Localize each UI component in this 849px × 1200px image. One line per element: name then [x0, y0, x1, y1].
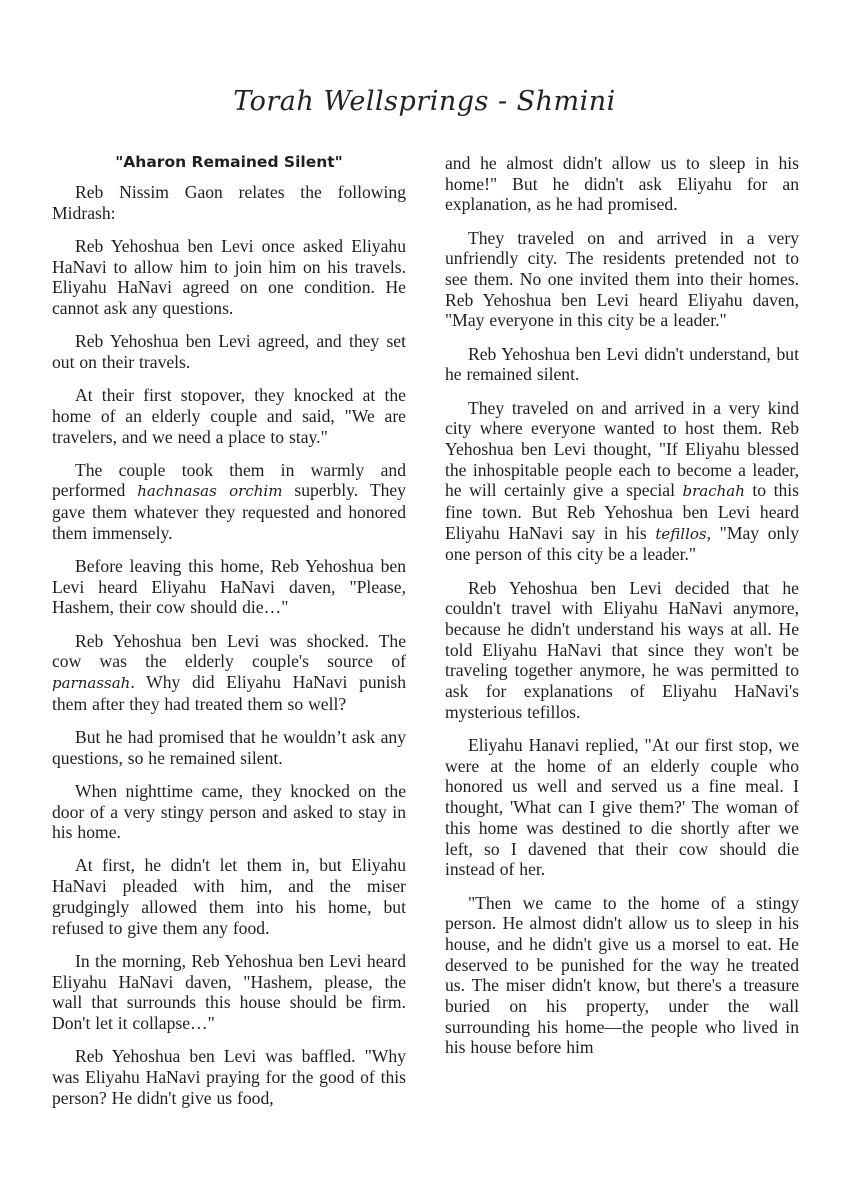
- paragraph: They traveled on and arrived in a very k…: [445, 398, 799, 566]
- paragraph: Reb Yehoshua ben Levi didn't understand,…: [445, 344, 799, 385]
- page-title: Torah Wellsprings - Shmini: [0, 86, 849, 117]
- paragraph: Eliyahu Hanavi replied, "At our first st…: [445, 735, 799, 880]
- paragraph: Before leaving this home, Reb Yehoshua b…: [52, 556, 406, 618]
- italic-term: parnassah: [52, 674, 130, 692]
- right-column: and he almost didn't allow us to sleep i…: [445, 153, 799, 1071]
- section-heading: "Aharon Remained Silent": [52, 152, 406, 172]
- paragraph: But he had promised that he wouldn’t ask…: [52, 727, 406, 768]
- paragraph: At first, he didn't let them in, but Eli…: [52, 855, 406, 938]
- paragraph-text: Reb Yehoshua ben Levi was shocked. The c…: [52, 631, 406, 672]
- paragraph: In the morning, Reb Yehoshua ben Levi he…: [52, 951, 406, 1034]
- paragraph: They traveled on and arrived in a very u…: [445, 228, 799, 332]
- paragraph: "Then we came to the home of a stingy pe…: [445, 893, 799, 1059]
- paragraph: Reb Yehoshua ben Levi was baffled. "Why …: [52, 1046, 406, 1108]
- paragraph: At their first stopover, they knocked at…: [52, 385, 406, 447]
- paragraph: Reb Yehoshua ben Levi was shocked. The c…: [52, 631, 406, 715]
- italic-term: hachnasas orchim: [137, 482, 282, 500]
- paragraph: When nighttime came, they knocked on the…: [52, 781, 406, 843]
- paragraph-continued: and he almost didn't allow us to sleep i…: [445, 153, 799, 215]
- paragraph: Reb Yehoshua ben Levi agreed, and they s…: [52, 331, 406, 372]
- left-column: "Aharon Remained Silent" Reb Nissim Gaon…: [52, 152, 406, 1121]
- paragraph: Reb Nissim Gaon relates the following Mi…: [52, 182, 406, 223]
- paragraph: Reb Yehoshua ben Levi decided that he co…: [445, 578, 799, 723]
- italic-term: brachah: [683, 482, 745, 500]
- paragraph: The couple took them in warmly and perfo…: [52, 460, 406, 544]
- italic-term: tefillos: [655, 525, 706, 543]
- paragraph: Reb Yehoshua ben Levi once asked Eliyahu…: [52, 236, 406, 319]
